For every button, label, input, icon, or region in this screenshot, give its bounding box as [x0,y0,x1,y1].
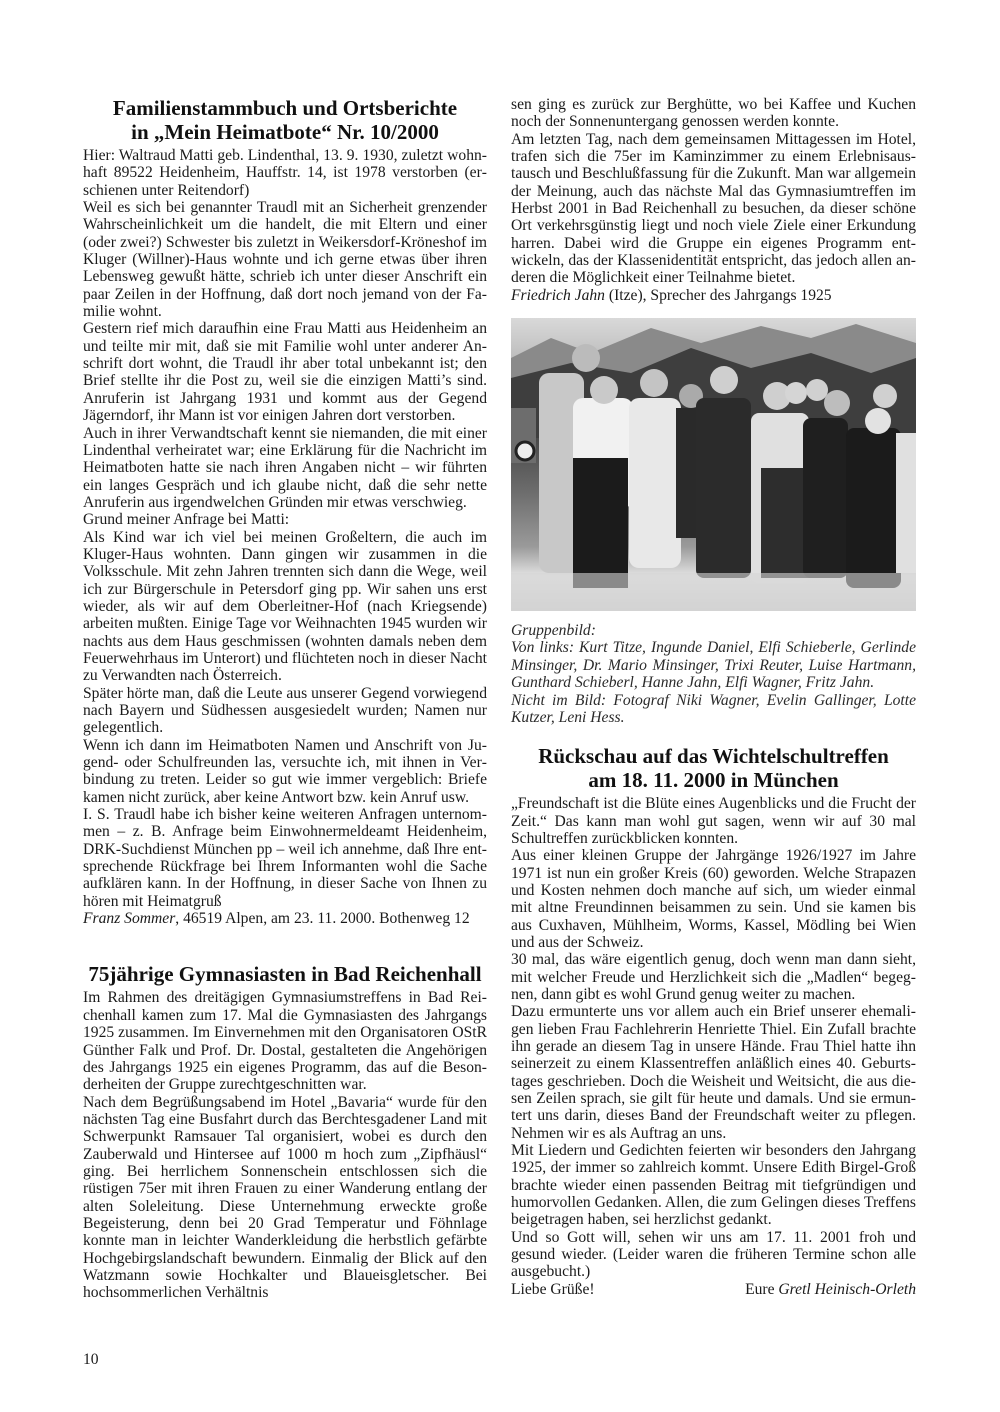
closing-prefix: Eure [745,1281,778,1298]
signature-details: , 46519 Alpen, am 23. 11. 2000. Bothenwe… [175,910,469,927]
photo-caption-absent: Nicht im Bild: Fotograf Niki Wagner, Eve… [511,692,916,727]
paragraph: Dazu ermunterte uns vor allem auch ein B… [511,1003,916,1142]
paragraph: Nach dem Begrüßungsabend im Hotel „Bavar… [83,1094,487,1302]
title-line: in „Mein Heimatbote“ Nr. 10/2000 [131,120,439,144]
signature-details: (Itze), Sprecher des Jahrgangs 1925 [605,287,832,304]
signature-name: Franz Sommer [83,910,175,927]
paragraph: Später hörte man, daß die Leute aus unse… [83,685,487,737]
closing-name: Gretl Heinisch-Orleth [778,1281,916,1298]
title-line: Rückschau auf das Wichtelschultreffen [538,744,889,768]
signature: Franz Sommer, 46519 Alpen, am 23. 11. 20… [83,910,487,927]
article-title-wichtelschultreffen: Rückschau auf das Wichtelschultreffen am… [511,744,916,792]
signature-name: Friedrich Jahn [511,287,605,304]
group-photo-illustration [511,318,916,611]
paragraph: Aus einer kleinen Gruppe der Jahrgänge 1… [511,847,916,951]
paragraph: „Freundschaft ist die Blüte eines Augenb… [511,795,916,847]
group-photo [511,318,916,611]
article-title-gymnasiasten: 75jährige Gymnasiasten in Bad Reichenhal… [83,962,487,986]
title-line: Familienstammbuch und Ortsberichte [113,96,457,120]
closing-greeting: Liebe Grüße! [511,1281,595,1298]
paragraph: sen ging es zurück zur Berghütte, wo bei… [511,96,916,131]
title-line: am 18. 11. 2000 in München [588,768,838,792]
paragraph: Als Kind war ich viel bei meinen Großelt… [83,529,487,685]
paragraph: Und so Gott will, sehen wir uns am 17. 1… [511,1229,916,1281]
paragraph: Grund meiner Anfrage bei Matti: [83,511,487,528]
paragraph: Wenn ich dann im Heimatboten Namen und A… [83,737,487,806]
closing-signature: Eure Gretl Heinisch-Orleth [745,1281,916,1298]
closing-line: Liebe Grüße! Eure Gretl Heinisch-Orleth [511,1281,916,1298]
signature: Friedrich Jahn (Itze), Sprecher des Jahr… [511,287,916,304]
right-column: sen ging es zurück zur Berghütte, wo bei… [511,96,916,1298]
spacer [511,726,916,744]
paragraph: Auch in ihrer Verwandtschaft kennt sie n… [83,425,487,512]
photo-caption-names: Von links: Kurt Titze, Ingunde Daniel, E… [511,639,916,691]
paragraph: Mit Liedern und Gedichten feierten wir b… [511,1142,916,1229]
paragraph: Hier: Waltraud Matti geb. Lindenthal, 13… [83,147,487,199]
paragraph: Weil es sich bei genannter Traudl mit an… [83,199,487,320]
paragraph: Gestern rief mich daraufhin eine Frau Ma… [83,320,487,424]
article-title-familienstammbuch: Familienstammbuch und Ortsberichte in „M… [83,96,487,144]
photo-caption-heading: Gruppenbild: [511,622,916,639]
paragraph: Im Rahmen des dreitägigen Gymnasiumstref… [83,989,487,1093]
left-column: Familienstammbuch und Ortsberichte in „M… [83,96,487,1302]
page-number: 10 [83,1351,99,1369]
paragraph: 30 mal, das wäre eigentlich genug, doch … [511,951,916,1003]
paragraph: I. S. Traudl habe ich bisher keine weite… [83,806,487,910]
spacer [83,927,487,962]
paragraph: Am letzten Tag, nach dem gemeinsamen Mit… [511,131,916,287]
